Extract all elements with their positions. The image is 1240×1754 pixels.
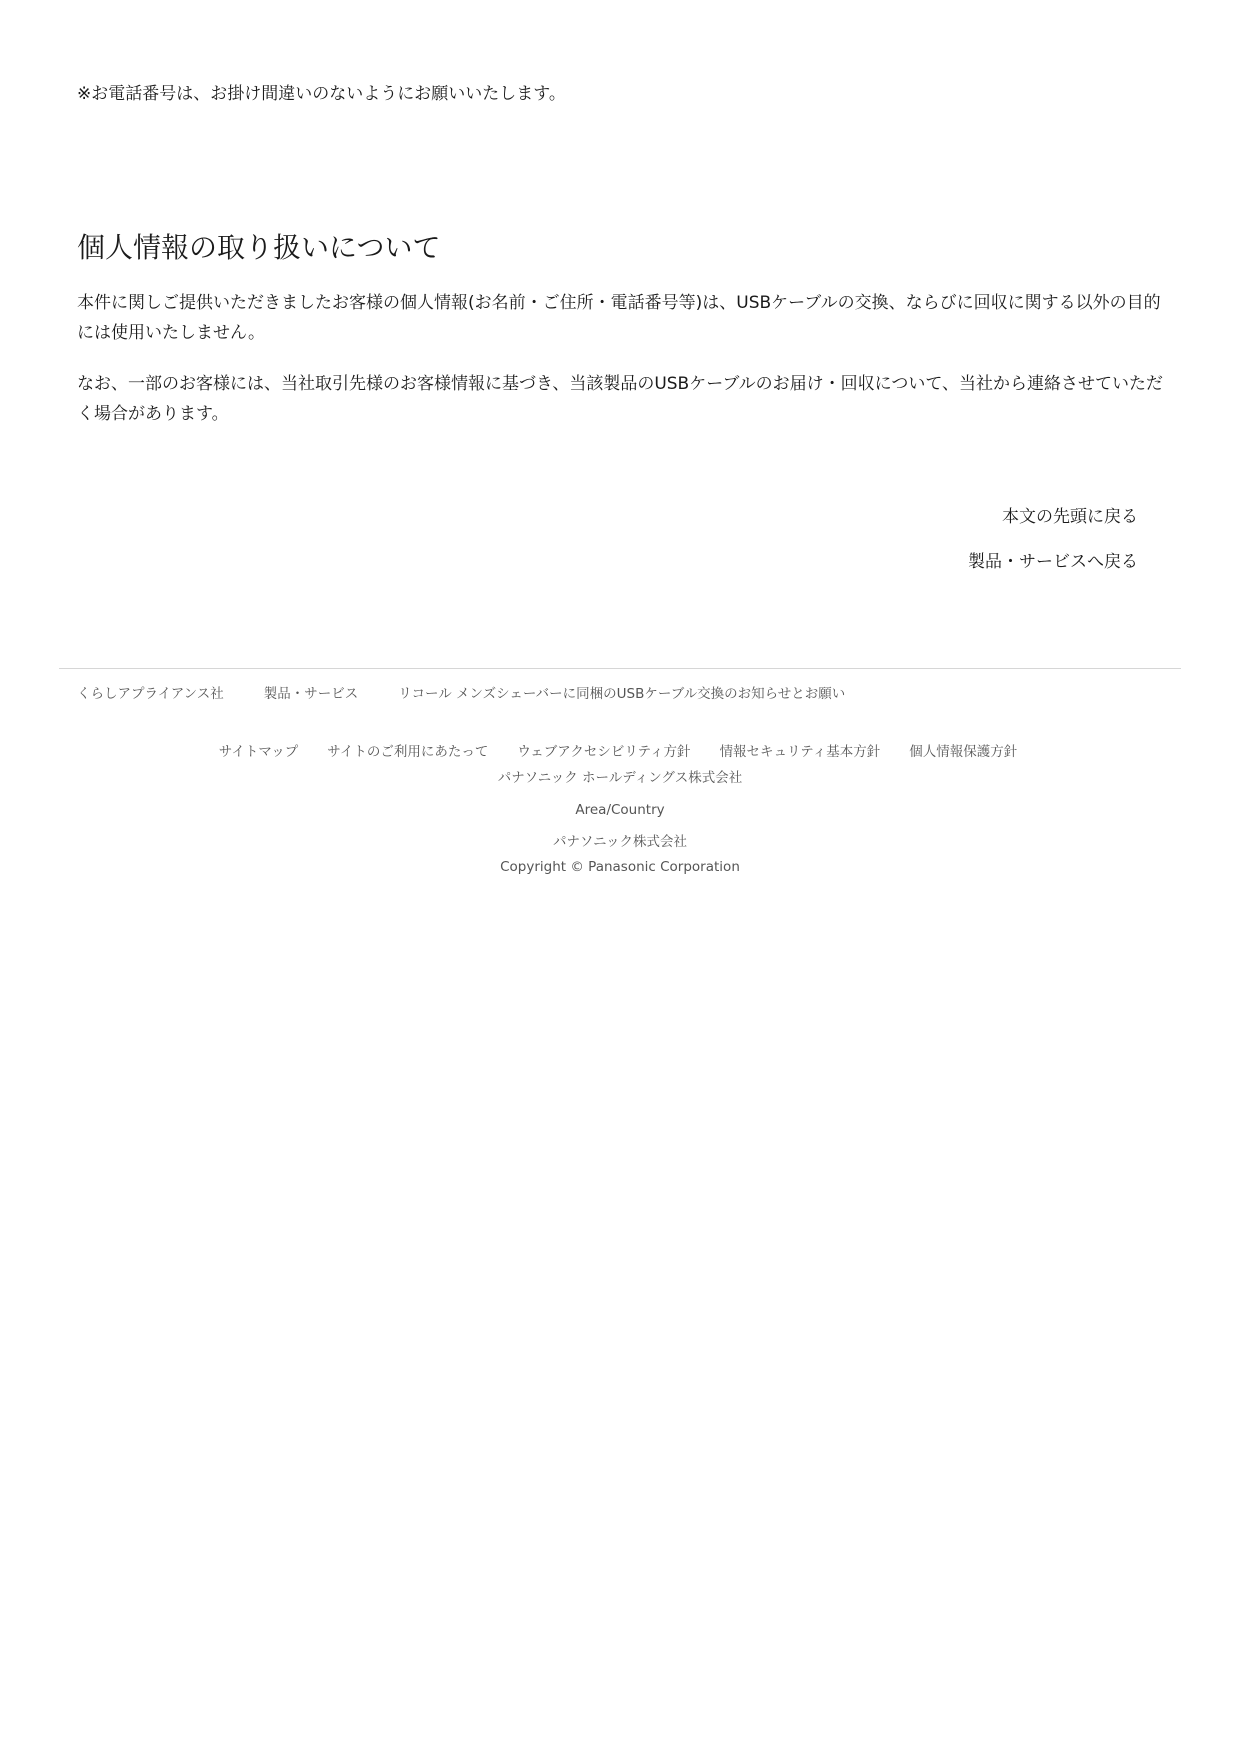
footer-links: サイトマップ サイトのご利用にあたって ウェブアクセシビリティ方針 情報セキュリ… [0, 742, 1240, 762]
footer-link-accessibility-policy[interactable]: ウェブアクセシビリティ方針 [517, 742, 690, 762]
back-to-products-link[interactable]: 製品・サービスへ戻る [968, 548, 1138, 576]
page: ※お電話番号は、お掛け間違いのないようにお願いいたします。 個人情報の取り扱いに… [0, 0, 1240, 1754]
footer-link-area-country[interactable]: Area/Country [0, 800, 1240, 820]
footer-copyright: Copyright © Panasonic Corporation [0, 857, 1240, 877]
privacy-paragraph-1: 本件に関しご提供いただきましたお客様の個人情報(お名前・ご住所・電話番号等)は、… [77, 288, 1167, 348]
privacy-paragraph-2: なお、一部のお客様には、当社取引先様のお客様情報に基づき、当該製品のUSBケーブ… [77, 369, 1167, 429]
footer-link-terms-of-use[interactable]: サイトのご利用にあたって [327, 742, 488, 762]
footer-link-security-policy[interactable]: 情報セキュリティ基本方針 [720, 742, 881, 762]
breadcrumb: くらしアプライアンス社 製品・サービス リコール メンズシェーバーに同梱のUSB… [77, 684, 885, 704]
footer-divider [59, 668, 1181, 669]
breadcrumb-item-kurashi-appliances[interactable]: くらしアプライアンス社 [77, 684, 224, 704]
back-links: 本文の先頭に戻る 製品・サービスへ戻る [968, 503, 1138, 593]
phone-notice: ※お電話番号は、お掛け間違いのないようにお願いいたします。 [77, 80, 566, 108]
footer-company-name: パナソニック株式会社 [0, 832, 1240, 852]
footer-link-sitemap[interactable]: サイトマップ [219, 742, 299, 762]
footer-link-holdings[interactable]: パナソニック ホールディングス株式会社 [0, 768, 1240, 788]
footer-link-privacy-policy[interactable]: 個人情報保護方針 [909, 742, 1017, 762]
breadcrumb-item-products-services[interactable]: 製品・サービス [264, 684, 359, 704]
privacy-section-title: 個人情報の取り扱いについて [77, 228, 440, 268]
breadcrumb-item-current-recall[interactable]: リコール メンズシェーバーに同梱のUSBケーブル交換のお知らせとお願い [398, 684, 845, 704]
back-to-top-link[interactable]: 本文の先頭に戻る [968, 503, 1138, 531]
site-footer: サイトマップ サイトのご利用にあたって ウェブアクセシビリティ方針 情報セキュリ… [0, 742, 1240, 877]
